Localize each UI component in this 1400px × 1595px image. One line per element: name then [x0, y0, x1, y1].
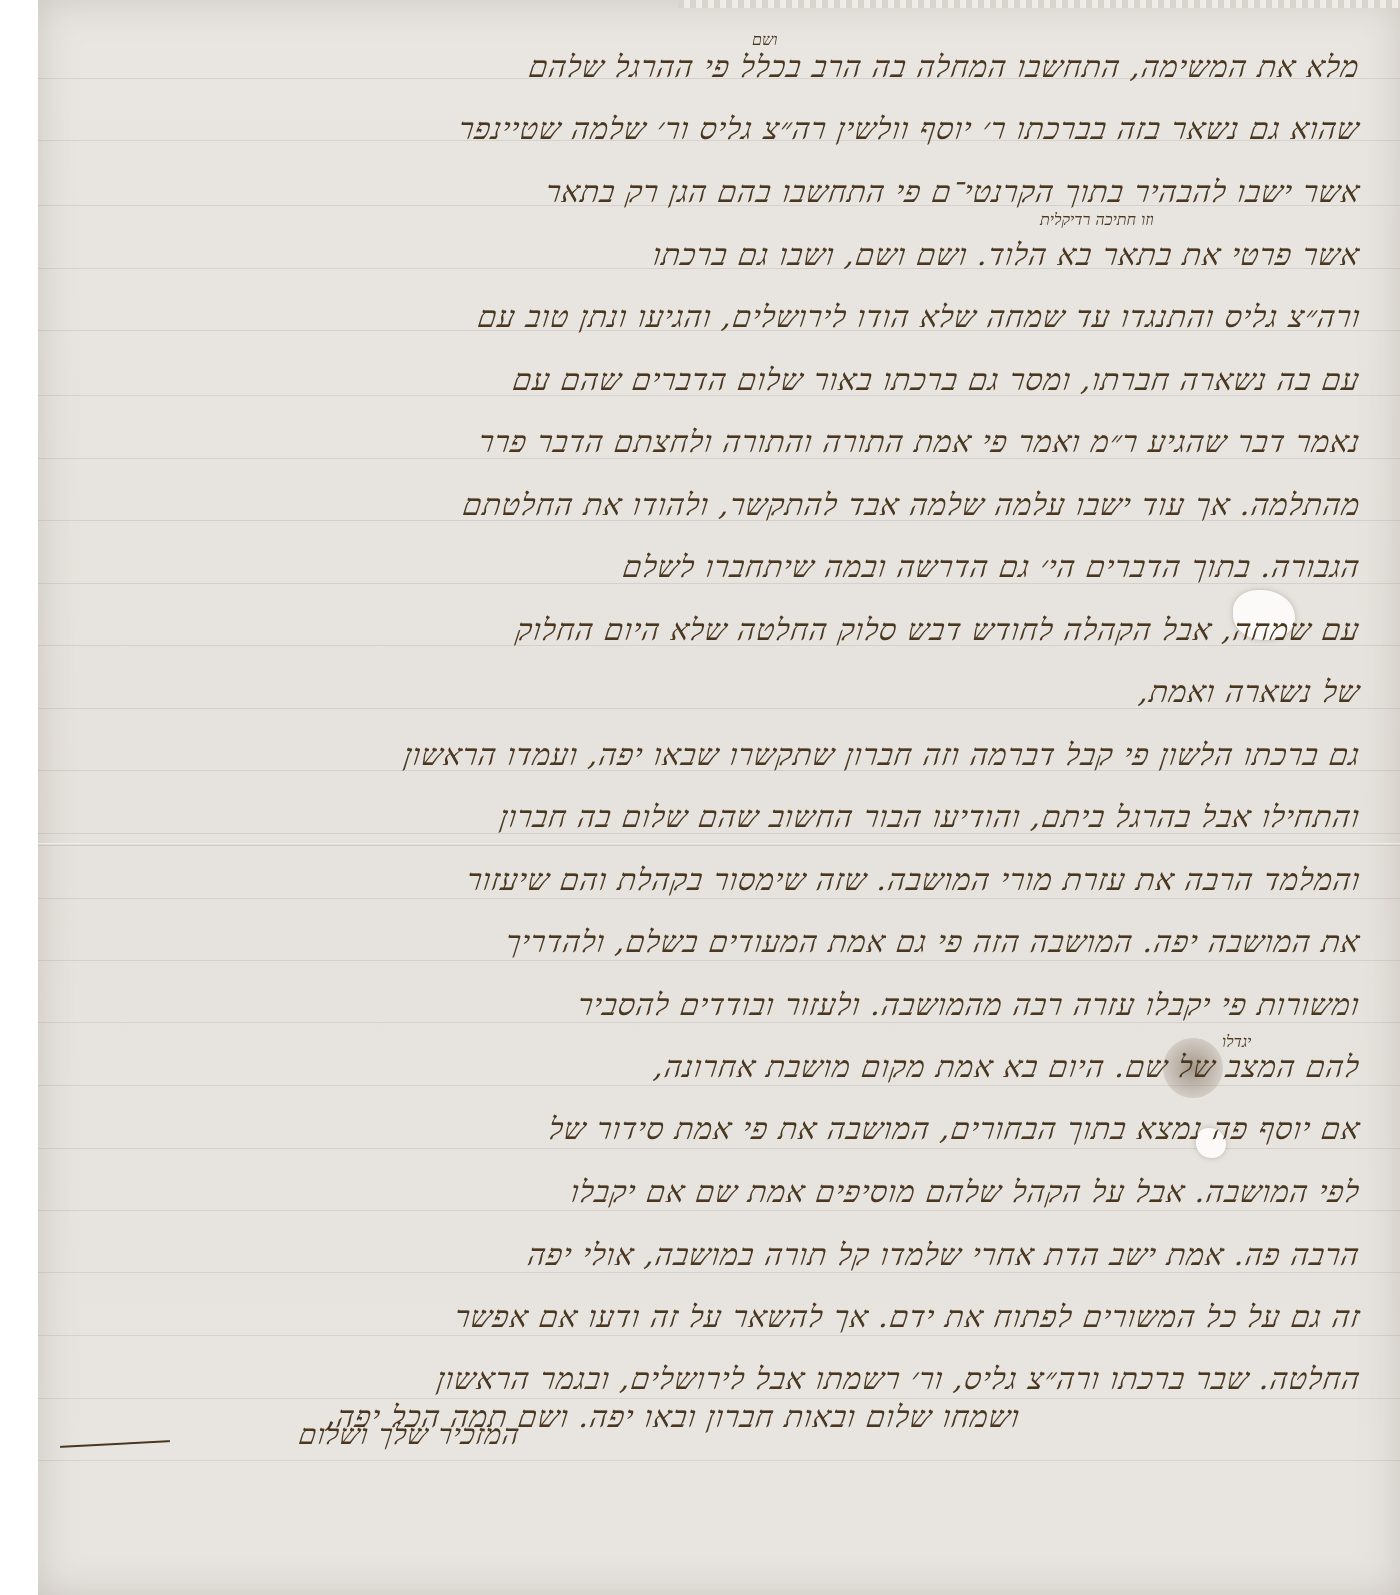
interlinear-note: ושם: [752, 30, 777, 50]
letter-line: והמלמד הרבה את עזרת מורי המושבה. שזה שימ…: [464, 863, 1362, 898]
letter-line: הרבה פה. אמת ישב הדת אחרי שלמדו קל תורה …: [526, 1238, 1362, 1273]
letter-line: והתחילו אבל בהרגל ביתם, והודיעו הבור החש…: [498, 800, 1363, 835]
letter-line: אם יוסף פה נמצא בתוך הבחורים, המושבה את …: [546, 1112, 1362, 1147]
letter-line: גם ברכתו הלשון פי קבל דברמה וזה חברון שת…: [402, 738, 1363, 773]
ruled-line: [38, 1148, 1400, 1149]
letter-line: מלא את המשימה, התחשבו המחלה בה הרב בכלל …: [527, 50, 1362, 85]
paper-fold: [38, 843, 1400, 846]
interlinear-note: וזו חתיכה רדיקלית: [1040, 210, 1154, 230]
letter-line: נאמר דבר שהגיע ר״מ ואמר פי אמת התורה והת…: [476, 425, 1362, 460]
ruled-line: [38, 1460, 1400, 1461]
letter-line: עם שמחה, אבל הקהלה לחודש דבש סלוק החלטה …: [514, 613, 1363, 648]
ruled-line: [38, 1335, 1400, 1336]
signature: המזכיר שלך ושלום: [297, 1418, 523, 1452]
letter-line: אשר פרטי את בתאר בא הלוד. ושם ושם, ושבו …: [651, 238, 1363, 273]
ruled-line: [38, 960, 1400, 961]
ruled-line: [38, 1210, 1400, 1211]
interlinear-note: יגדלו: [1222, 1032, 1251, 1052]
letter-line: ורה״צ גליס והתנגדו עד שמחה שלא הודו לירו…: [475, 300, 1362, 335]
letter-line: זה גם על כל המשורים לפתוח את ידם. אך להש…: [452, 1300, 1362, 1335]
ruled-line: [38, 1398, 1400, 1399]
letter-line: ומשורות פי יקבלו עזרה רבה מהמושבה. ולעזו…: [576, 988, 1363, 1023]
torn-top-edge: [678, 0, 1400, 8]
letter-line: לפי המושבה. אבל על הקהל שלהם מוסיפים אמת…: [569, 1175, 1363, 1210]
letter-line: הגבורה. בתוך הדברים הי׳ גם הדרשה ובמה שי…: [621, 550, 1363, 585]
letter-line: החלטה. שבר ברכתו ורה״צ גליס, ור׳ רשמתו א…: [434, 1362, 1362, 1397]
letter-line: שהוא גם נשאר בזה בברכתו ר׳ יוסף וולשין ר…: [457, 112, 1362, 147]
letter-line: את המושבה יפה. המושבה הזה פי גם אמת המעו…: [504, 925, 1363, 960]
letter-line: אשר ישבו להבהיר בתוך הקרנטי־ם פי התחשבו …: [543, 175, 1362, 210]
letter-line: להם המצב של שם. היום בא אמת מקום מושבת א…: [652, 1050, 1362, 1085]
letter-line: מהתלמה. אך עוד ישבו עלמה שלמה אבד להתקשר…: [460, 488, 1362, 523]
letter-line: של נשארה ואמת,: [1137, 675, 1363, 710]
letter-line: עם בה נשארה חברתו, ומסר גם ברכתו באור של…: [511, 363, 1363, 398]
ruled-line: [38, 898, 1400, 899]
